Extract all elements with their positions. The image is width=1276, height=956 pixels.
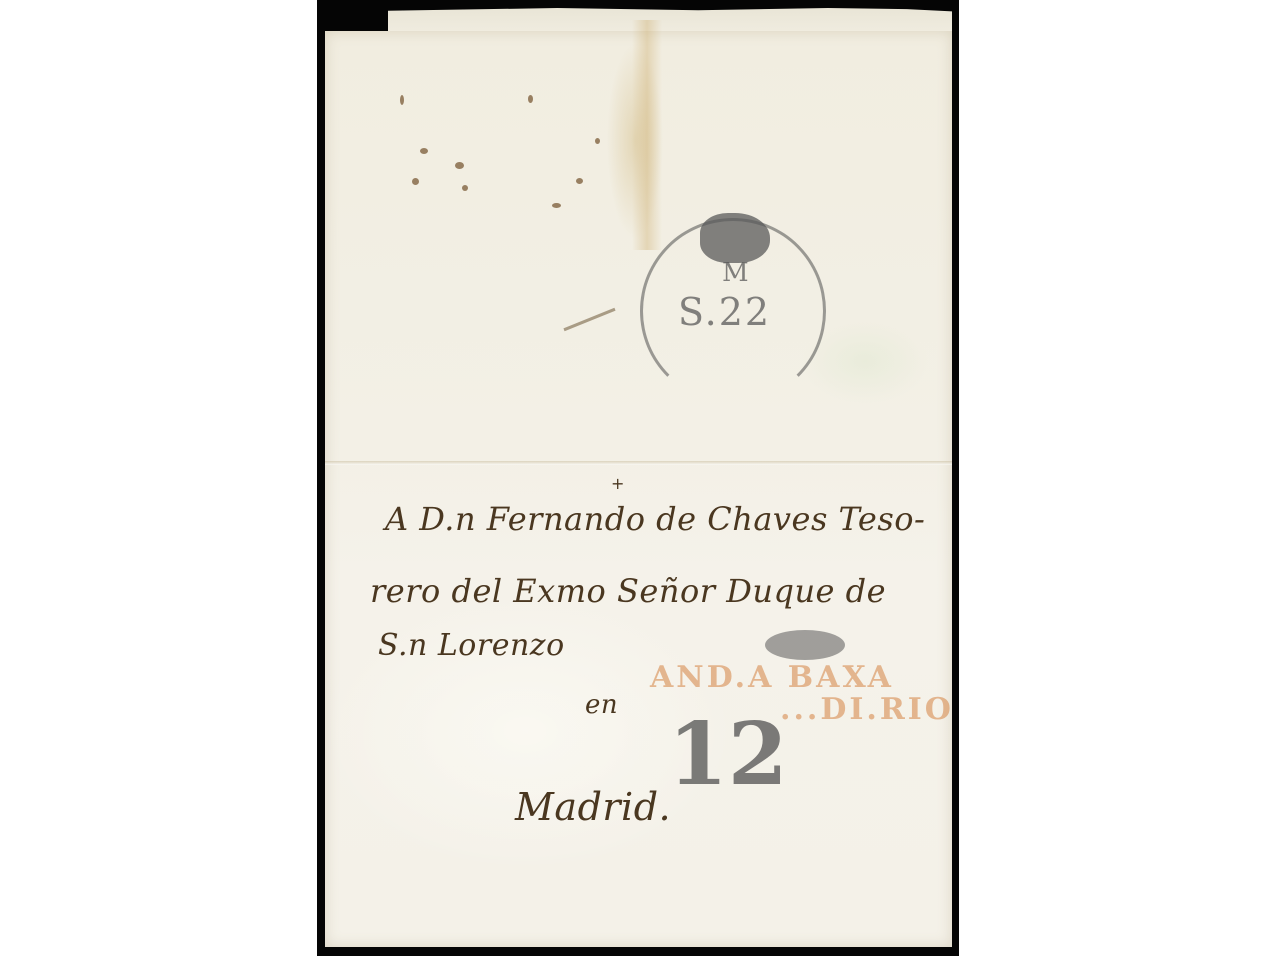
postmark-ink-blot [700, 213, 770, 263]
destination-city: Madrid. [515, 785, 671, 829]
ink-speck [455, 162, 464, 169]
postage-rate-mark: 12 [668, 712, 788, 798]
destination-prefix: en [585, 690, 618, 720]
ink-speck [462, 185, 468, 191]
ink-speck [576, 178, 583, 184]
address-line-3: S.n Lorenzo [378, 628, 565, 663]
address-line-1: A D.n Fernando de Chaves Teso- [385, 500, 925, 538]
address-line-2: rero del Exmo Señor Duque de [370, 572, 886, 610]
ink-speck [595, 138, 600, 144]
water-stain [632, 20, 662, 250]
ink-speck [528, 95, 533, 103]
postmark-letter: M [722, 258, 749, 288]
postmark-date: S.22 [678, 290, 771, 334]
ink-speck [420, 148, 428, 154]
origin-handstamp-line-1: AND.A BAXA [650, 660, 894, 695]
ink-smudge [765, 630, 845, 660]
ink-speck [412, 178, 419, 185]
ink-speck [552, 203, 561, 208]
fold-line [325, 461, 952, 465]
cross-mark: + [611, 474, 624, 493]
ink-speck [400, 95, 404, 105]
origin-handstamp-line-2: ...DI.RIO [780, 692, 954, 727]
